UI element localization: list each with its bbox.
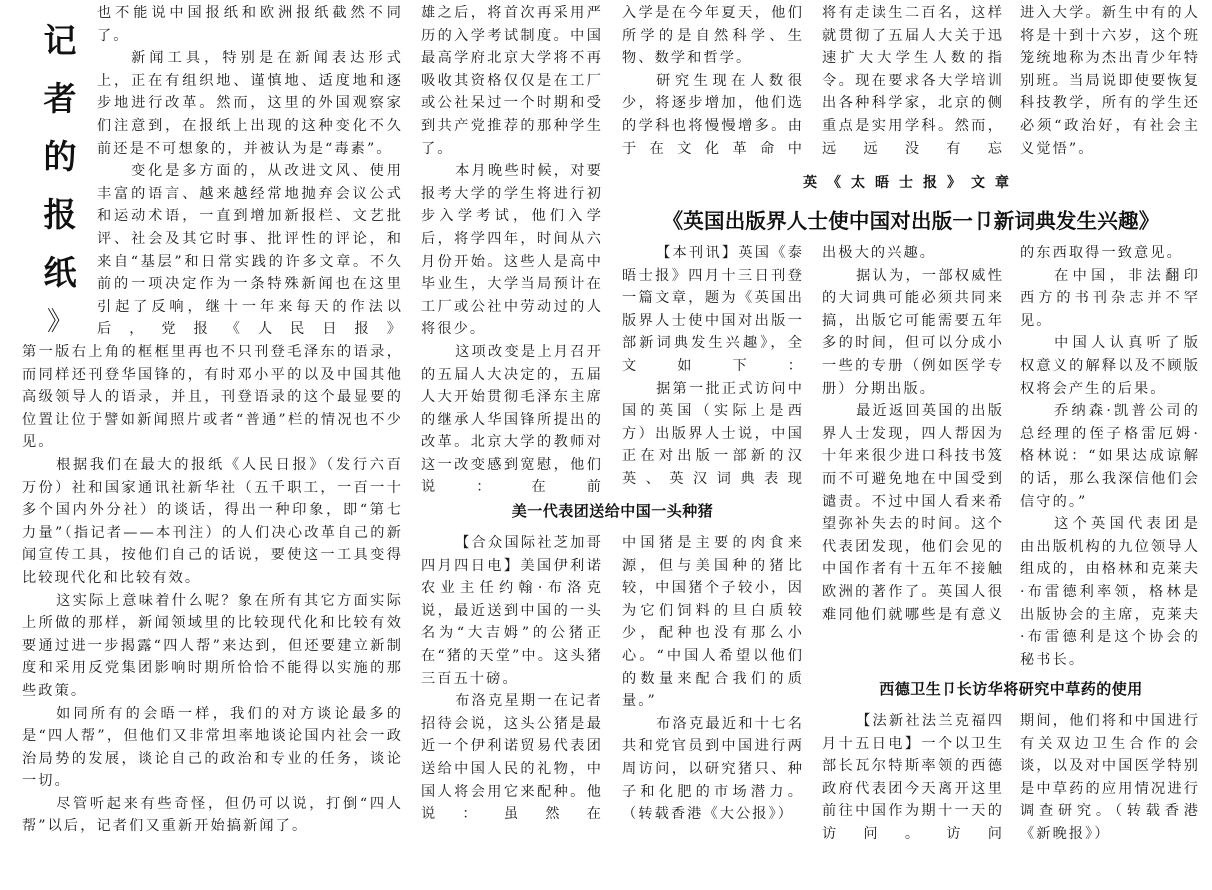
paragraph: 【本刊讯】英国《泰晤士报》四月十三日刊登一篇文章，题为《英国出版界人士使中国对出… <box>622 242 804 378</box>
article2-column-d: 入学是在今年夏天，他们所学的是自然科学、生物、数学和哲学。 研究生现在人数很少，… <box>622 2 804 160</box>
paragraph: 第一版右上角的框框里再也不只刊登毛泽东的语录，而同样还刊登华国锋的，有时邓小平的… <box>22 341 403 454</box>
paragraph: 尽管听起来有些奇怪，但仍可以说，打倒“四人帮”以后，记者们又重新开始搞新闻了。 <box>22 793 403 838</box>
article5-column-m: 期间，他们将和中国进行有关双边卫生合作的会谈，以及对中国医学特别是中草药的应用情… <box>1020 710 1200 846</box>
article4-column-k: 中国猪是主要的肉食来源，但与美国种的猪比较，中国猪个子较小，因为它们饲料的旦白质… <box>622 532 804 826</box>
vertical-title: 记 者 的 报 纸 》 <box>38 12 82 342</box>
title-char: 报 <box>38 186 82 244</box>
title-char: 纸 <box>38 244 82 302</box>
paragraph: 也不能说中国报纸和欧洲报纸截然不同了。 <box>97 2 403 47</box>
paragraph: 布洛克最近和十七名共和党官员到中国进行两周访问，以研究猪只、种子和化肥的市场潜力… <box>622 713 804 826</box>
paragraph: 这实际上意味着什么呢？象在所有其它方面实际上所做的那样，新闻领域里的比较现代化和… <box>22 590 403 703</box>
paragraph: 新闻工具，特别是在新闻表达形式上，正在有组织地、谨慎地、适度地和逐步地进行改革。… <box>97 47 403 160</box>
paragraph: 这个英国代表团是由出版机构的九位领导人组成的，由格林和克莱夫·布雷德利率领，格林… <box>1020 513 1200 671</box>
paragraph: 研究生现在人数很少，将逐步增加，他们选的学科也将慢慢增多。由于在文化革命中 <box>622 70 804 160</box>
article3-column-h: 出极大的兴趣。 据认为，一部权威性的大词典可能必须共同来搞，出版它可能需要五年多… <box>822 242 1004 626</box>
title-char: 记 <box>38 12 82 70</box>
paragraph: 【法新社法兰克福四月十五日电】一个以卫生部长瓦尔特斯率领的西德政府代表团今天离开… <box>822 710 1004 846</box>
paragraph: 乔纳森·凯普公司的总经理的侄子格雷厄姆·格林说：“如果达成谅解的话，那么我深信他… <box>1020 400 1200 513</box>
article2-column-c: 雄之后，将首次再采用严历的入学考试制度。中国最高学府北京大学将不再吸收其资格仅仅… <box>421 2 603 499</box>
paragraph: 布洛克星期一在记者招待会说，这头公猪是最近一个伊利诺贸易代表团送给中国人民的礼物… <box>421 690 603 826</box>
paragraph: 这项改变是上月召开的五届人大决定的，五届人大开始贯彻毛泽东主席的继承人华国锋所提… <box>421 341 603 499</box>
article5-headline: 西德卫生卩长访华将研究中草药的使用 <box>822 678 1200 699</box>
article4-column-j: 【合众国际社芝加哥四月四日电】美国伊利诺农业主任约翰·布洛克说，最近送到中国的一… <box>421 532 603 826</box>
paragraph: 的东西取得一致意见。 <box>1020 242 1200 265</box>
article3-column-g: 【本刊讯】英国《泰晤士报》四月十三日刊登一篇文章，题为《英国出版界人士使中国对出… <box>622 242 804 491</box>
paragraph: 中国猪是主要的肉食来源，但与美国种的猪比较，中国猪个子较小，因为它们饲料的旦白质… <box>622 532 804 713</box>
article3-headline: 《英国出版界人士使中国对出版一卩新词典发生兴趣》 <box>622 204 1200 234</box>
article2-column-f: 进入大学。新生中有的人将是十到十六岁，这个班笼统地称为杰出青少年特别班。当局说即… <box>1020 2 1200 160</box>
article1-column-b: 第一版右上角的框框里再也不只刊登毛泽东的语录，而同样还刊登华国锋的，有时邓小平的… <box>22 341 403 838</box>
article2-column-e: 将有走读生二百名，这样就贯彻了五届人大关于迅速扩大大学生人数的指令。现在要求各大… <box>822 2 1004 160</box>
paragraph: 据第一批正式访问中国的英国（实际上是西方）出版界人士说，中国正在对出版一部新的汉… <box>622 378 804 491</box>
article5-column-l: 【法新社法兰克福四月十五日电】一个以卫生部长瓦尔特斯率领的西德政府代表团今天离开… <box>822 710 1004 846</box>
paragraph: 【合众国际社芝加哥四月四日电】美国伊利诺农业主任约翰·布洛克说，最近送到中国的一… <box>421 532 603 690</box>
title-closing-bracket: 》 <box>38 302 82 342</box>
paragraph: 本月晚些时候，对要报考大学的学生将进行初步入学考试，他们入学后，将学四年，时间从… <box>421 160 603 341</box>
paragraph: 入学是在今年夏天，他们所学的是自然科学、生物、数学和哲学。 <box>622 2 804 70</box>
article1-column-a: 也不能说中国报纸和欧洲报纸截然不同了。 新闻工具，特别是在新闻表达形式上，正在有… <box>97 2 403 341</box>
paragraph: 雄之后，将首次再采用严历的入学考试制度。中国最高学府北京大学将不再吸收其资格仅仅… <box>421 2 603 160</box>
paragraph: 据认为，一部权威性的大词典可能必须共同来搞，出版它可能需要五年多的时间，但可以分… <box>822 265 1004 401</box>
article3-column-i: 的东西取得一致意见。 在中国，非法翻印西方的书刊杂志并不罕见。 中国人认真听了版… <box>1020 242 1200 671</box>
title-char: 者 <box>38 70 82 128</box>
paragraph: 中国人认真听了版权意义的解释以及不顾版权将会产生的后果。 <box>1020 332 1200 400</box>
paragraph: 出极大的兴趣。 <box>822 242 1004 265</box>
paragraph: 变化是多方面的，从改进文风、使用丰富的语言、越来越经常地抛弃会议公式和运动术语，… <box>97 160 403 341</box>
paragraph: 期间，他们将和中国进行有关双边卫生合作的会谈，以及对中国医学特别是中草药的应用情… <box>1020 710 1200 846</box>
paragraph: 在中国，非法翻印西方的书刊杂志并不罕见。 <box>1020 265 1200 333</box>
paragraph: 最近返回英国的出版界人士发现，四人帮因为十年来很少进口科技书笈而不可避免地在中国… <box>822 400 1004 626</box>
paragraph: 进入大学。新生中有的人将是十到十六岁，这个班笼统地称为杰出青少年特别班。当局说即… <box>1020 2 1200 160</box>
paragraph: 如同所有的会晤一样，我们的对方谈论最多的是“四人帮”，但他们又非常坦率地谈论国内… <box>22 703 403 793</box>
article4-headline: 美一代表团送给中国一头种猪 <box>421 500 804 521</box>
paragraph: 根据我们在最大的报纸《人民日报》（发行六百万份）社和国家通讯社新华社（五千职工，… <box>22 454 403 590</box>
paragraph: 将有走读生二百名，这样就贯彻了五届人大关于迅速扩大大学生人数的指令。现在要求各大… <box>822 2 1004 160</box>
title-char: 的 <box>38 128 82 186</box>
article3-kicker: 英《太晤士报》文章 <box>622 172 1200 192</box>
